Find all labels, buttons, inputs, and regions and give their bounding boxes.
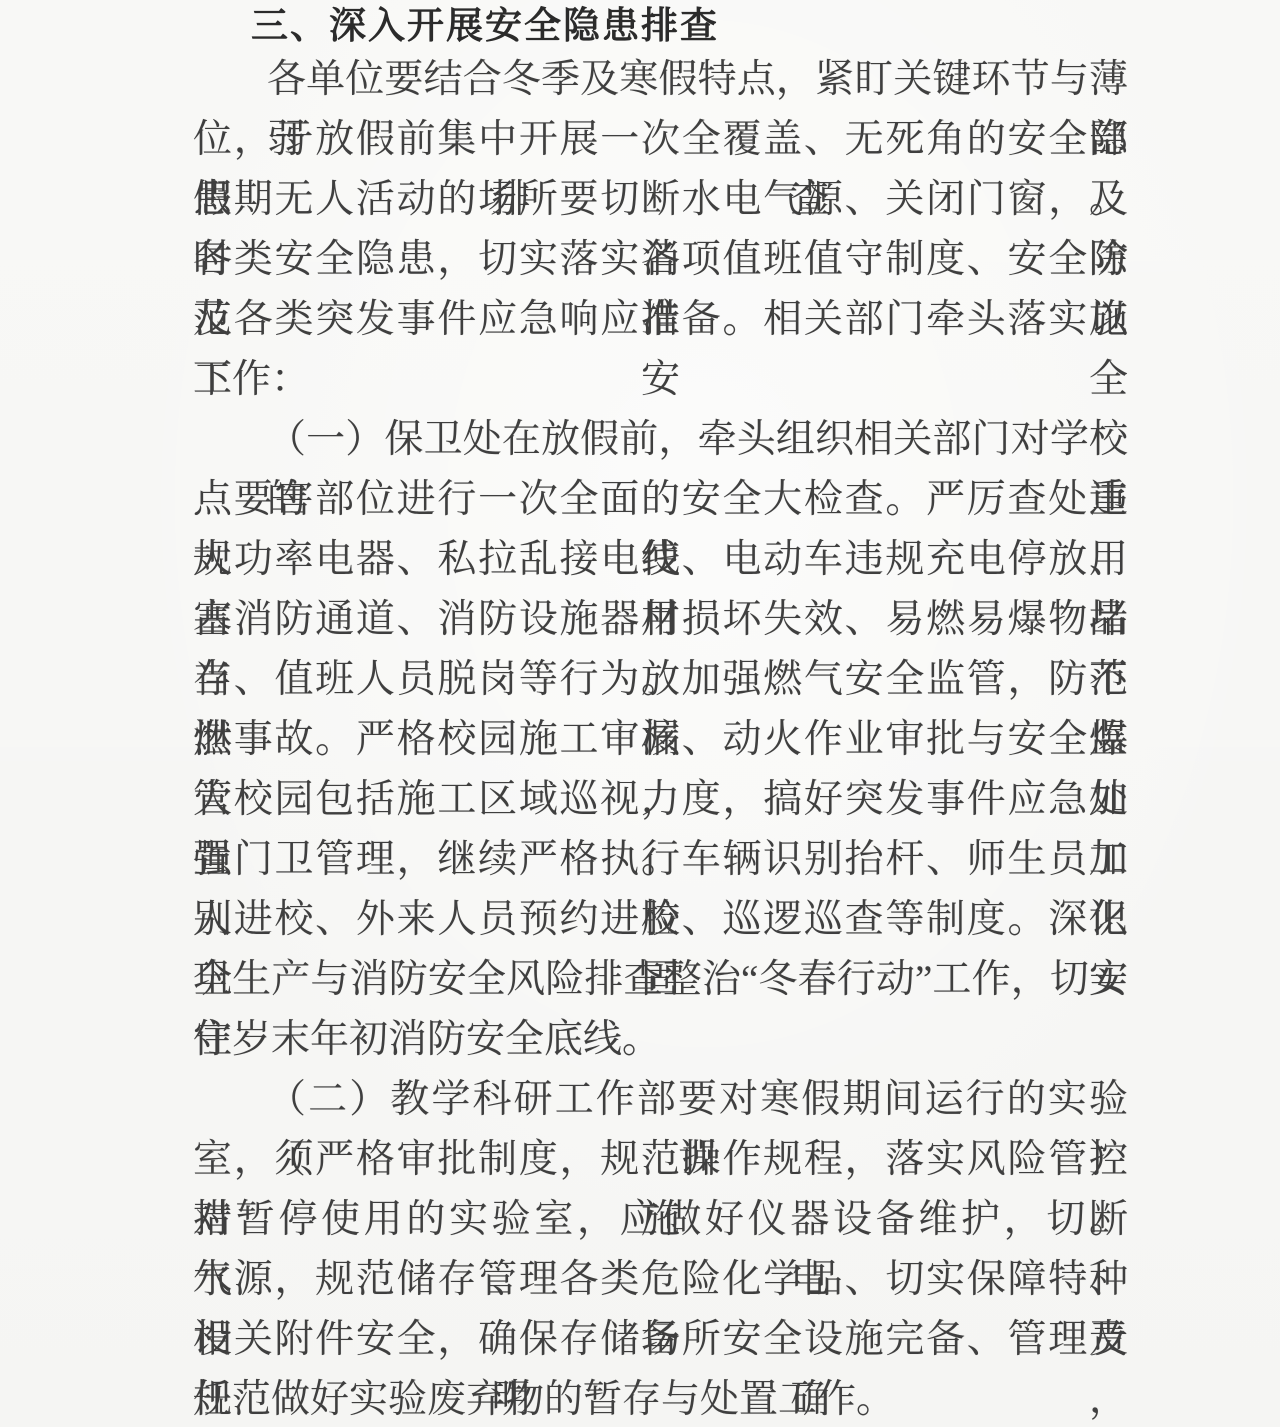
document-body: 各单位要结合冬季及寒假特点，紧盯关键环节与薄弱部位，于放假前集中开展一次全覆盖、… bbox=[193, 50, 1128, 1427]
text-line: 假期无人活动的场所要切断水电气源、关闭门窗，及时消除 bbox=[193, 170, 1128, 230]
text-line: 点要害部位进行一次全面的安全大检查。严厉查处违规使用 bbox=[193, 470, 1128, 530]
text-line: 对暂停使用的实验室，应做好仪器设备维护，切断水、电、 bbox=[193, 1190, 1128, 1250]
text-line: 室，须严格审批制度，规范操作规程，落实风险管控措施。 bbox=[193, 1130, 1128, 1190]
text-line: 燃事故。严格校园施工审核、动火作业审批与安全监管，加 bbox=[193, 710, 1128, 770]
section-heading: 三、深入开展安全隐患排查 bbox=[193, 2, 1128, 50]
text-line: 大功率电器、私拉乱接电线、电动车违规充电停放、占用堵 bbox=[193, 530, 1128, 590]
text-line: 塞消防通道、消防设施器材损坏失效、易燃易爆物品存放不 bbox=[193, 590, 1128, 650]
text-line: 各单位要结合冬季及寒假特点，紧盯关键环节与薄弱部 bbox=[193, 50, 1128, 110]
text-line: 全生产与消防安全风险排查整治“冬春行动”工作，切实守 bbox=[193, 950, 1128, 1010]
text-line: 各类安全隐患，切实落实各项值班值守制度、安全防范措施 bbox=[193, 230, 1128, 290]
text-line: 当、值班人员脱岗等行为。加强燃气安全监管，防范泄漏爆 bbox=[193, 650, 1128, 710]
text-line: 位，于放假前集中开展一次全覆盖、无死角的安全隐患排查。 bbox=[193, 110, 1128, 170]
text-line: （二）教学科研工作部要对寒假期间运行的实验（训） bbox=[193, 1070, 1128, 1130]
text-line: 相关附件安全，确保存储场所安全设施完备、管理责任明确， bbox=[193, 1310, 1128, 1370]
text-line: 大校园包括施工区域巡视力度，搞好突发事件应急处置。加 bbox=[193, 770, 1128, 830]
text-line: 气源，规范储存管理各类危险化学品、切实保障特种设备及 bbox=[193, 1250, 1128, 1310]
text-line: （一）保卫处在放假前，牵头组织相关部门对学校的重 bbox=[193, 410, 1128, 470]
document-page: 三、深入开展安全隐患排查 各单位要结合冬季及寒假特点，紧盯关键环节与薄弱部位，于… bbox=[0, 0, 1280, 1427]
text-line: 别进校、外来人员预约进校、巡逻巡查等制度。深化巩固安 bbox=[193, 890, 1128, 950]
text-line: 住岁末年初消防安全底线。 bbox=[193, 1010, 1128, 1070]
text-line: 及各类突发事件应急响应准备。相关部门牵头落实以下安全 bbox=[193, 290, 1128, 350]
text-line: 强门卫管理，继续严格执行车辆识别抬杆、师生员工人脸识 bbox=[193, 830, 1128, 890]
